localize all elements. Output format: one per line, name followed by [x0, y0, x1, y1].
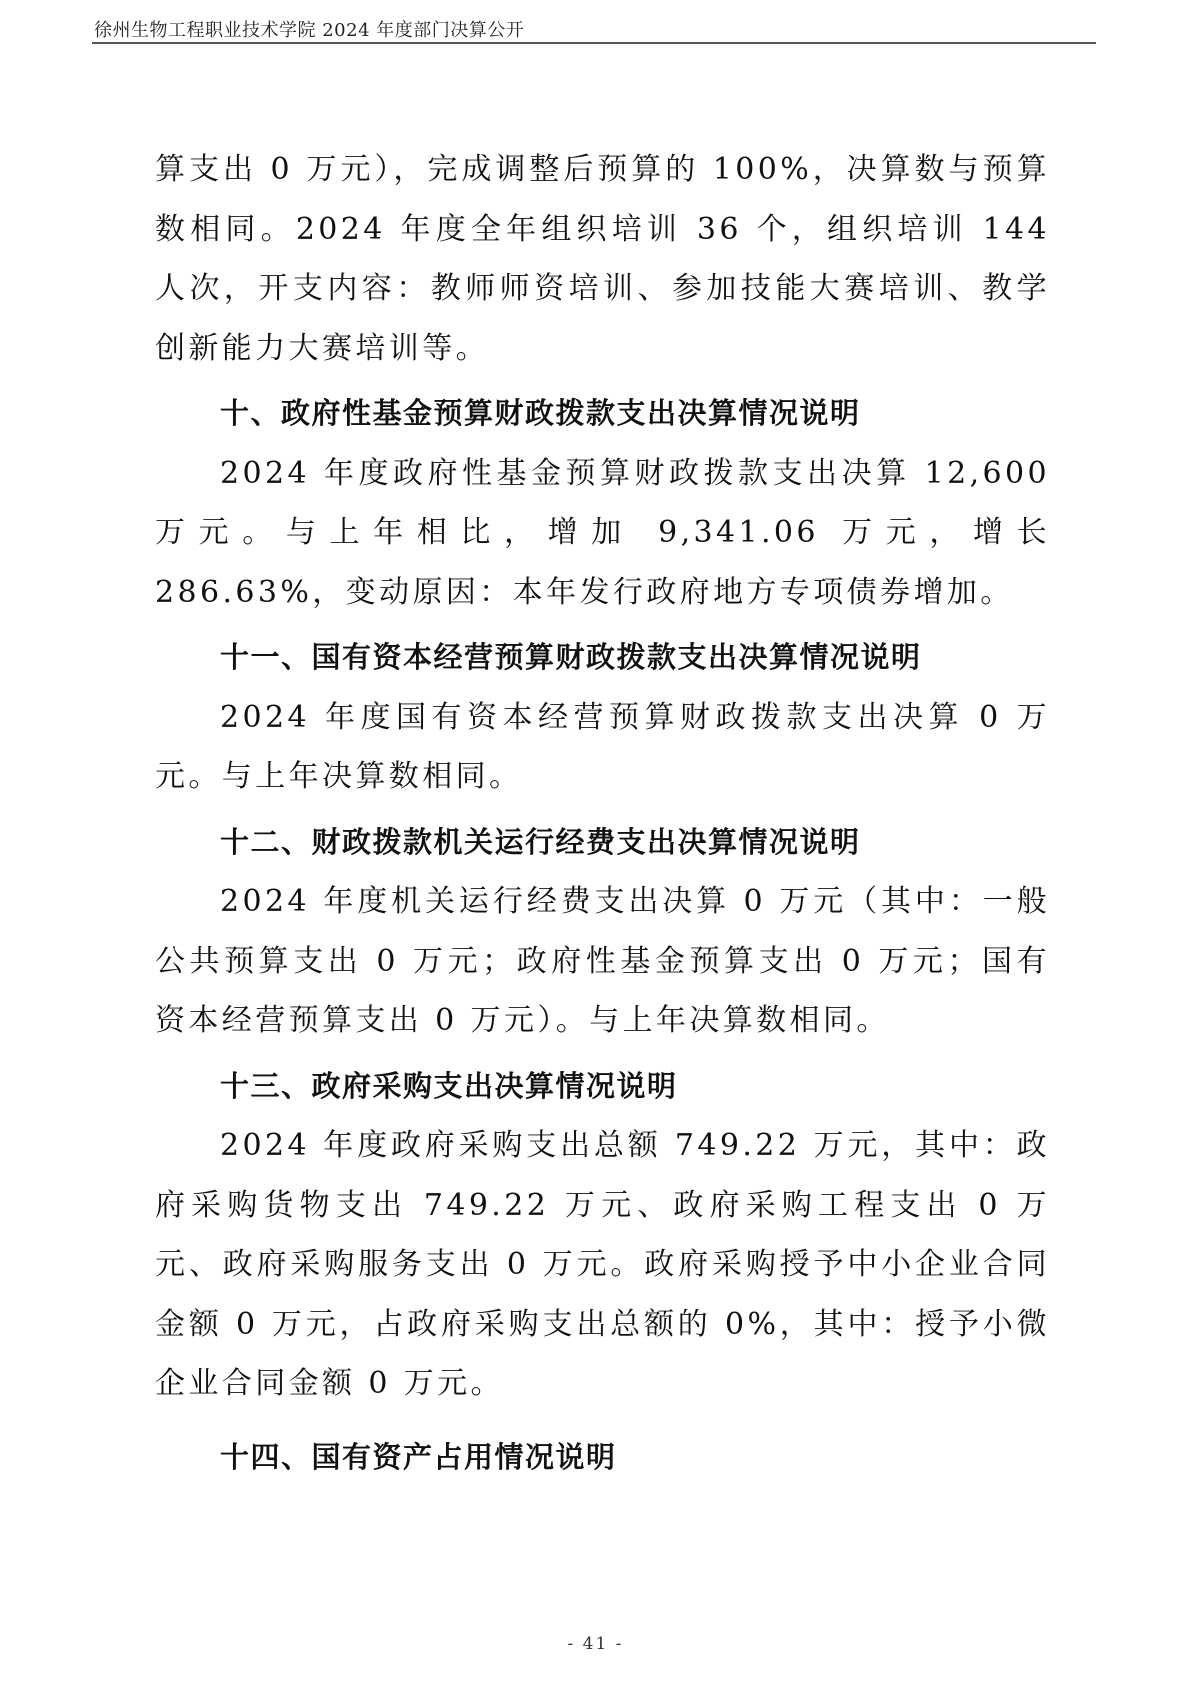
paragraph-state-capital-budget: 2024 年度国有资本经营预算财政拨款支出决算 0 万元。与上年决算数相同。	[155, 688, 1050, 807]
heading-agency-operating-expenses: 十二、财政拨款机关运行经费支出决算情况说明	[155, 813, 1050, 873]
document-body: 算支出 0 万元），完成调整后预算的 100%，决算数与预算数相同。2024 年…	[155, 140, 1050, 1487]
paragraph-government-fund-budget: 2024 年度政府性基金预算财政拨款支出决算 12,600 万元。与上年相比，增…	[155, 444, 1050, 623]
heading-government-fund-budget: 十、政府性基金预算财政拨款支出决算情况说明	[155, 384, 1050, 444]
heading-state-assets: 十四、国有资产占用情况说明	[155, 1428, 1050, 1488]
document-title: 徐州生物工程职业技术学院 2024 年度部门决算公开	[94, 16, 524, 42]
page-header: 徐州生物工程职业技术学院 2024 年度部门决算公开	[92, 12, 1096, 44]
heading-state-capital-budget: 十一、国有资本经营预算财政拨款支出决算情况说明	[155, 628, 1050, 688]
page-number: - 41 -	[0, 1634, 1191, 1654]
paragraph-government-procurement: 2024 年度政府采购支出总额 749.22 万元，其中：政府采购货物支出 74…	[155, 1116, 1050, 1414]
heading-government-procurement: 十三、政府采购支出决算情况说明	[155, 1057, 1050, 1117]
paragraph-agency-operating-expenses: 2024 年度机关运行经费支出决算 0 万元（其中：一般公共预算支出 0 万元；…	[155, 872, 1050, 1051]
paragraph-training-continuation: 算支出 0 万元），完成调整后预算的 100%，决算数与预算数相同。2024 年…	[155, 140, 1050, 378]
